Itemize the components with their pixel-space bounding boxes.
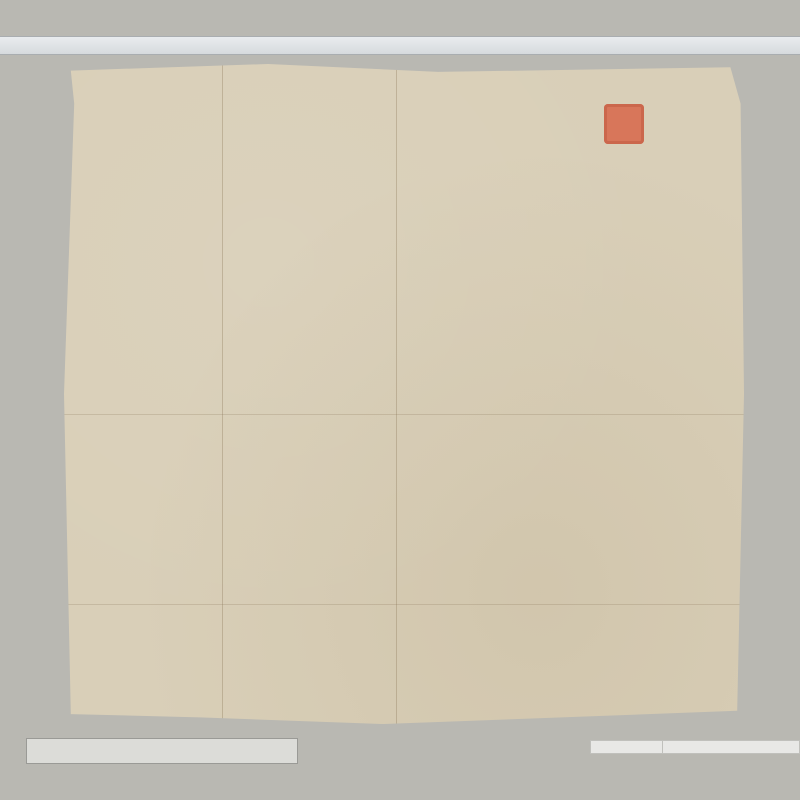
document-paper: [64, 64, 744, 724]
library-label: [590, 740, 668, 754]
color-calibration-chart: [26, 738, 298, 764]
catalog-label: [662, 740, 800, 754]
red-seal-stamp: [604, 104, 644, 144]
fold-line: [222, 64, 223, 724]
gray-ramp: [27, 751, 297, 761]
fold-line: [64, 414, 744, 415]
fold-line: [64, 604, 744, 605]
color-swatches: [27, 739, 297, 751]
measuring-ruler: [0, 36, 800, 55]
fold-line: [396, 64, 397, 724]
